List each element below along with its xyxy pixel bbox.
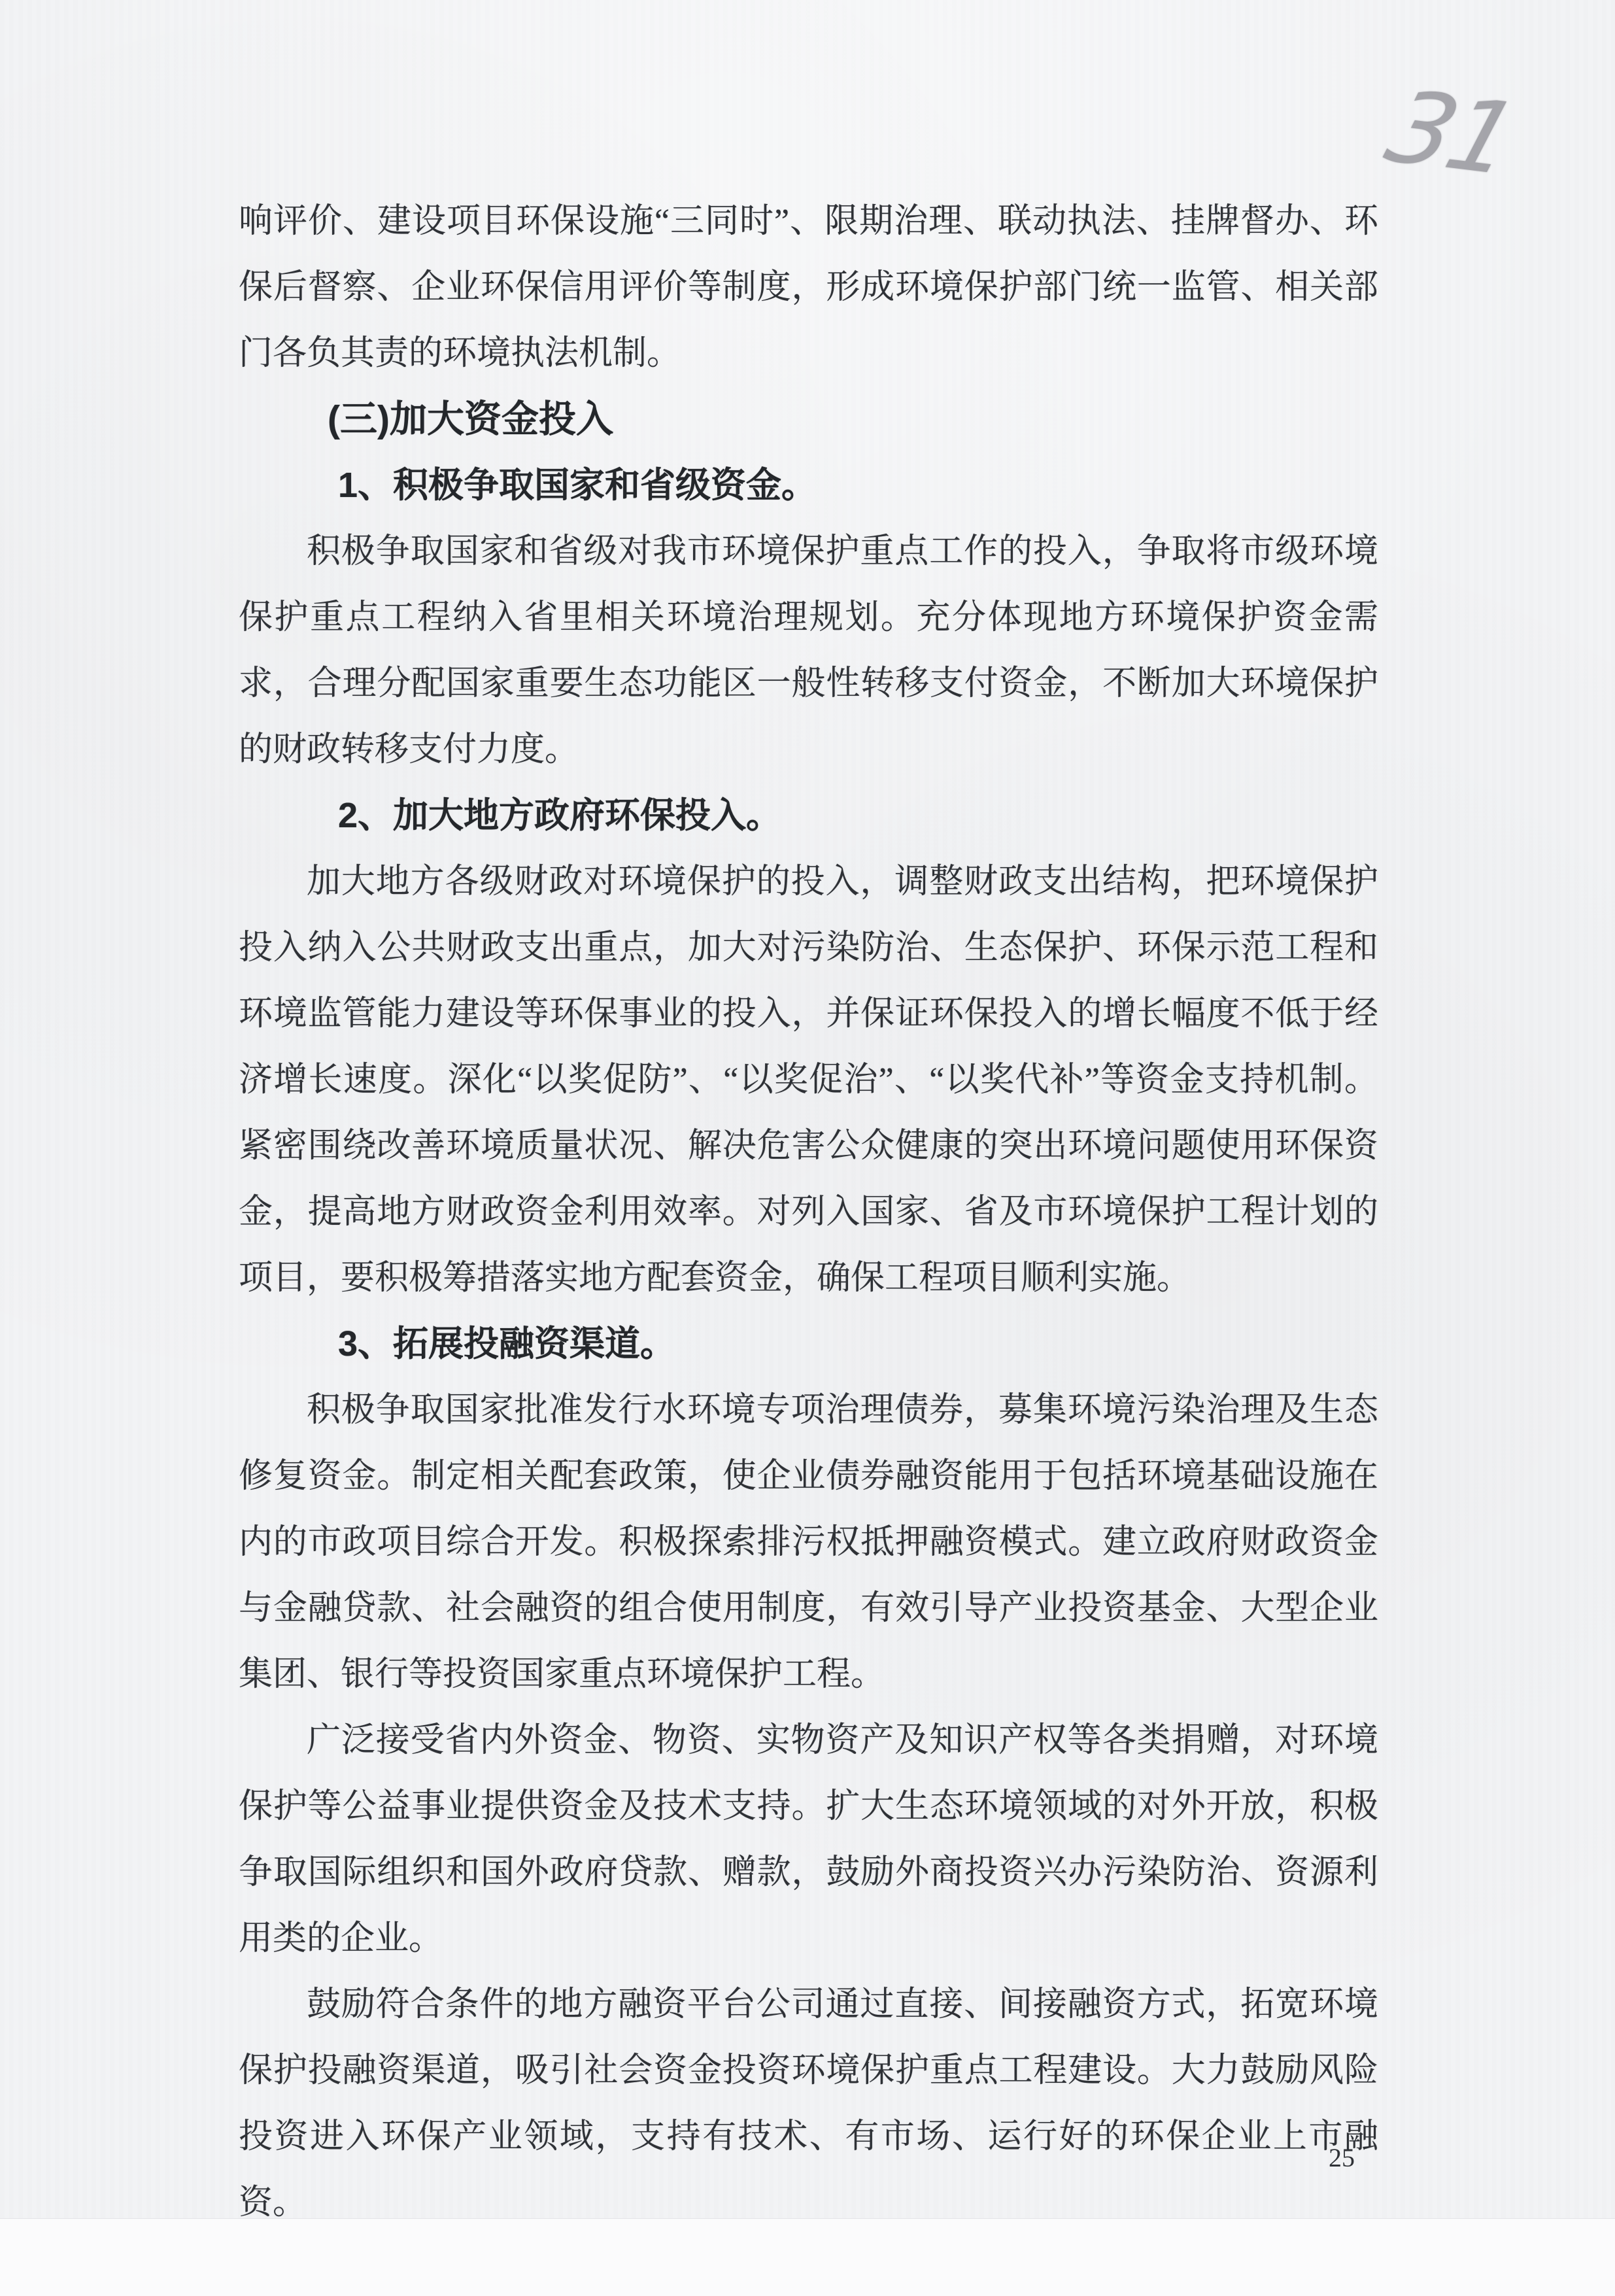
section-heading: (三)加大资金投入 — [239, 386, 1378, 453]
subsection-1-paragraph: 积极争取国家和省级对我市环境保护重点工作的投入，争取将市级环境保护重点工程纳入省… — [239, 519, 1378, 783]
intro-paragraph: 响评价、建设项目环保设施“三同时”、限期治理、联动执法、挂牌督办、环保后督察、企… — [239, 188, 1378, 386]
subsection-2-paragraph: 加大地方各级财政对环境保护的投入，调整财政支出结构，把环境保护投入纳入公共财政支… — [239, 849, 1378, 1311]
scanned-document-page: 31 响评价、建设项目环保设施“三同时”、限期治理、联动执法、挂牌督办、环保后督… — [0, 0, 1615, 2296]
subsection-1-heading: 1、积极争取国家和省级资金。 — [239, 453, 1378, 519]
scanner-edge-strip — [0, 2218, 1615, 2296]
page-number: 25 — [1329, 2142, 1355, 2173]
document-body: 响评价、建设项目环保设施“三同时”、限期治理、联动执法、挂牌督办、环保后督察、企… — [239, 188, 1378, 2236]
subsection-3-heading: 3、拓展投融资渠道。 — [239, 1311, 1378, 1377]
handwritten-page-mark: 31 — [1377, 78, 1524, 189]
subsection-2-heading: 2、加大地方政府环保投入。 — [239, 783, 1378, 849]
subsection-3-paragraph-1: 积极争取国家批准发行水环境专项治理债券，募集环境污染治理及生态修复资金。制定相关… — [239, 1377, 1378, 1707]
subsection-3-paragraph-3: 鼓励符合条件的地方融资平台公司通过直接、间接融资方式，拓宽环境保护投融资渠道，吸… — [239, 1972, 1378, 2236]
subsection-3-paragraph-2: 广泛接受省内外资金、物资、实物资产及知识产权等各类捐赠，对环境保护等公益事业提供… — [239, 1707, 1378, 1972]
